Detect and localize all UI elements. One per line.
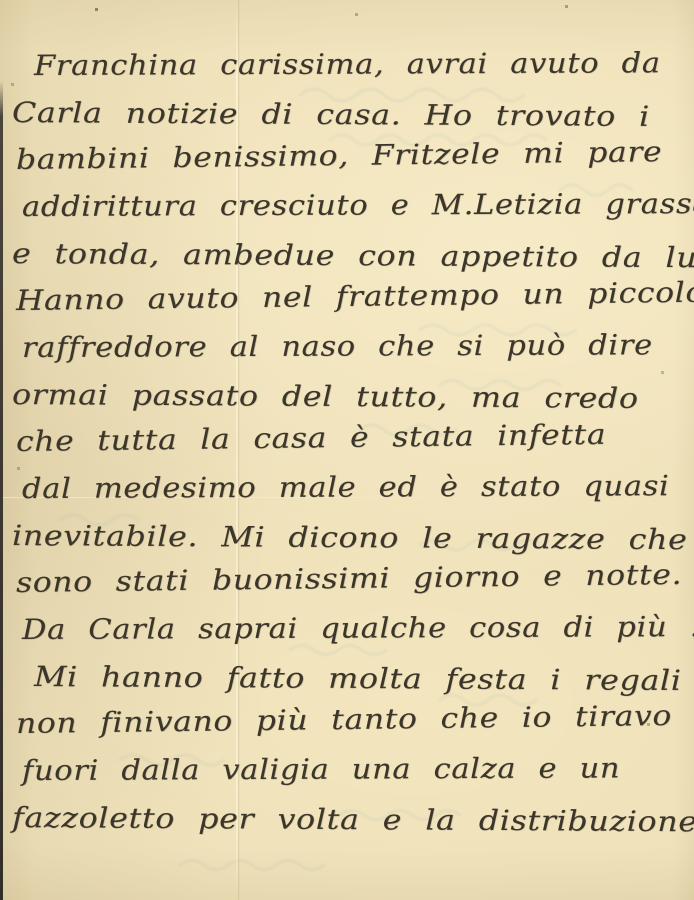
letter-line-text: Da Carla saprai qualche cosa di più ... (22, 610, 694, 646)
letter-line-text: Carla notizie di casa. Ho trovato i (12, 96, 650, 133)
letter-line: fuori dalla valigia una calza e un (22, 747, 694, 794)
letter-line: e tonda, ambedue con appetito da lupetti… (12, 230, 694, 277)
letter-line-text: ormai passato del tutto, ma credo (12, 378, 639, 415)
letter-line: addirittura cresciuto e M.Letizia grassa (22, 183, 694, 230)
letter-line-text: non finivano più tanto che io tiravo (16, 699, 672, 740)
letter-line: Da Carla saprai qualche cosa di più ... (22, 606, 694, 653)
letter-line-text: Hanno avuto nel frattempo un piccolo (16, 276, 694, 317)
letter-line-text: addirittura cresciuto e M.Letizia grassa (22, 187, 694, 223)
letter-line: Mi hanno fatto molta festa i regali (34, 653, 694, 700)
letter-line: Carla notizie di casa. Ho trovato i (12, 89, 694, 136)
letter-line: Hanno avuto nel frattempo un piccolo (16, 277, 694, 324)
letter-line-text: bambini benissimo, Fritzele mi pare (16, 135, 663, 176)
letter-line-text: dal medesimo male ed è stato quasi (22, 469, 670, 505)
letter-line-text: che tutta la casa è stata infetta (16, 418, 607, 458)
letter-line: inevitabile. Mi dicono le ragazze che (12, 512, 694, 559)
letter-body: Franchina carissima, avrai avuto da Carl… (0, 0, 694, 841)
letter-line: fazzoletto per volta e la distribuzione (12, 794, 694, 841)
letter-line-text: fazzoletto per volta e la distribuzione (12, 801, 694, 838)
letter-line: dal medesimo male ed è stato quasi (22, 465, 694, 512)
letter-page: Franchina carissima, avrai avuto da Carl… (0, 0, 694, 900)
letter-line: non finivano più tanto che io tiravo (16, 700, 694, 747)
letter-line-text: inevitabile. Mi dicono le ragazze che (12, 519, 688, 556)
letter-line-text: Franchina carissima, avrai avuto da (34, 46, 661, 82)
letter-line-text: raffreddore al naso che si può dire (22, 328, 653, 364)
letter-line-text: sono stati buonissimi giorno e notte. (16, 558, 683, 599)
letter-line: raffreddore al naso che si può dire (22, 324, 694, 371)
letter-line-text: Mi hanno fatto molta festa i regali (34, 660, 682, 697)
letter-line: sono stati buonissimi giorno e notte. (16, 559, 694, 606)
letter-line: Franchina carissima, avrai avuto da (34, 42, 694, 89)
letter-line: ormai passato del tutto, ma credo (12, 371, 694, 418)
letter-line-text: e tonda, ambedue con appetito da lupetti… (12, 237, 694, 275)
letter-line: bambini benissimo, Fritzele mi pare (16, 136, 694, 183)
letter-line: che tutta la casa è stata infetta (16, 418, 694, 465)
letter-line-text: fuori dalla valigia una calza e un (22, 751, 620, 787)
